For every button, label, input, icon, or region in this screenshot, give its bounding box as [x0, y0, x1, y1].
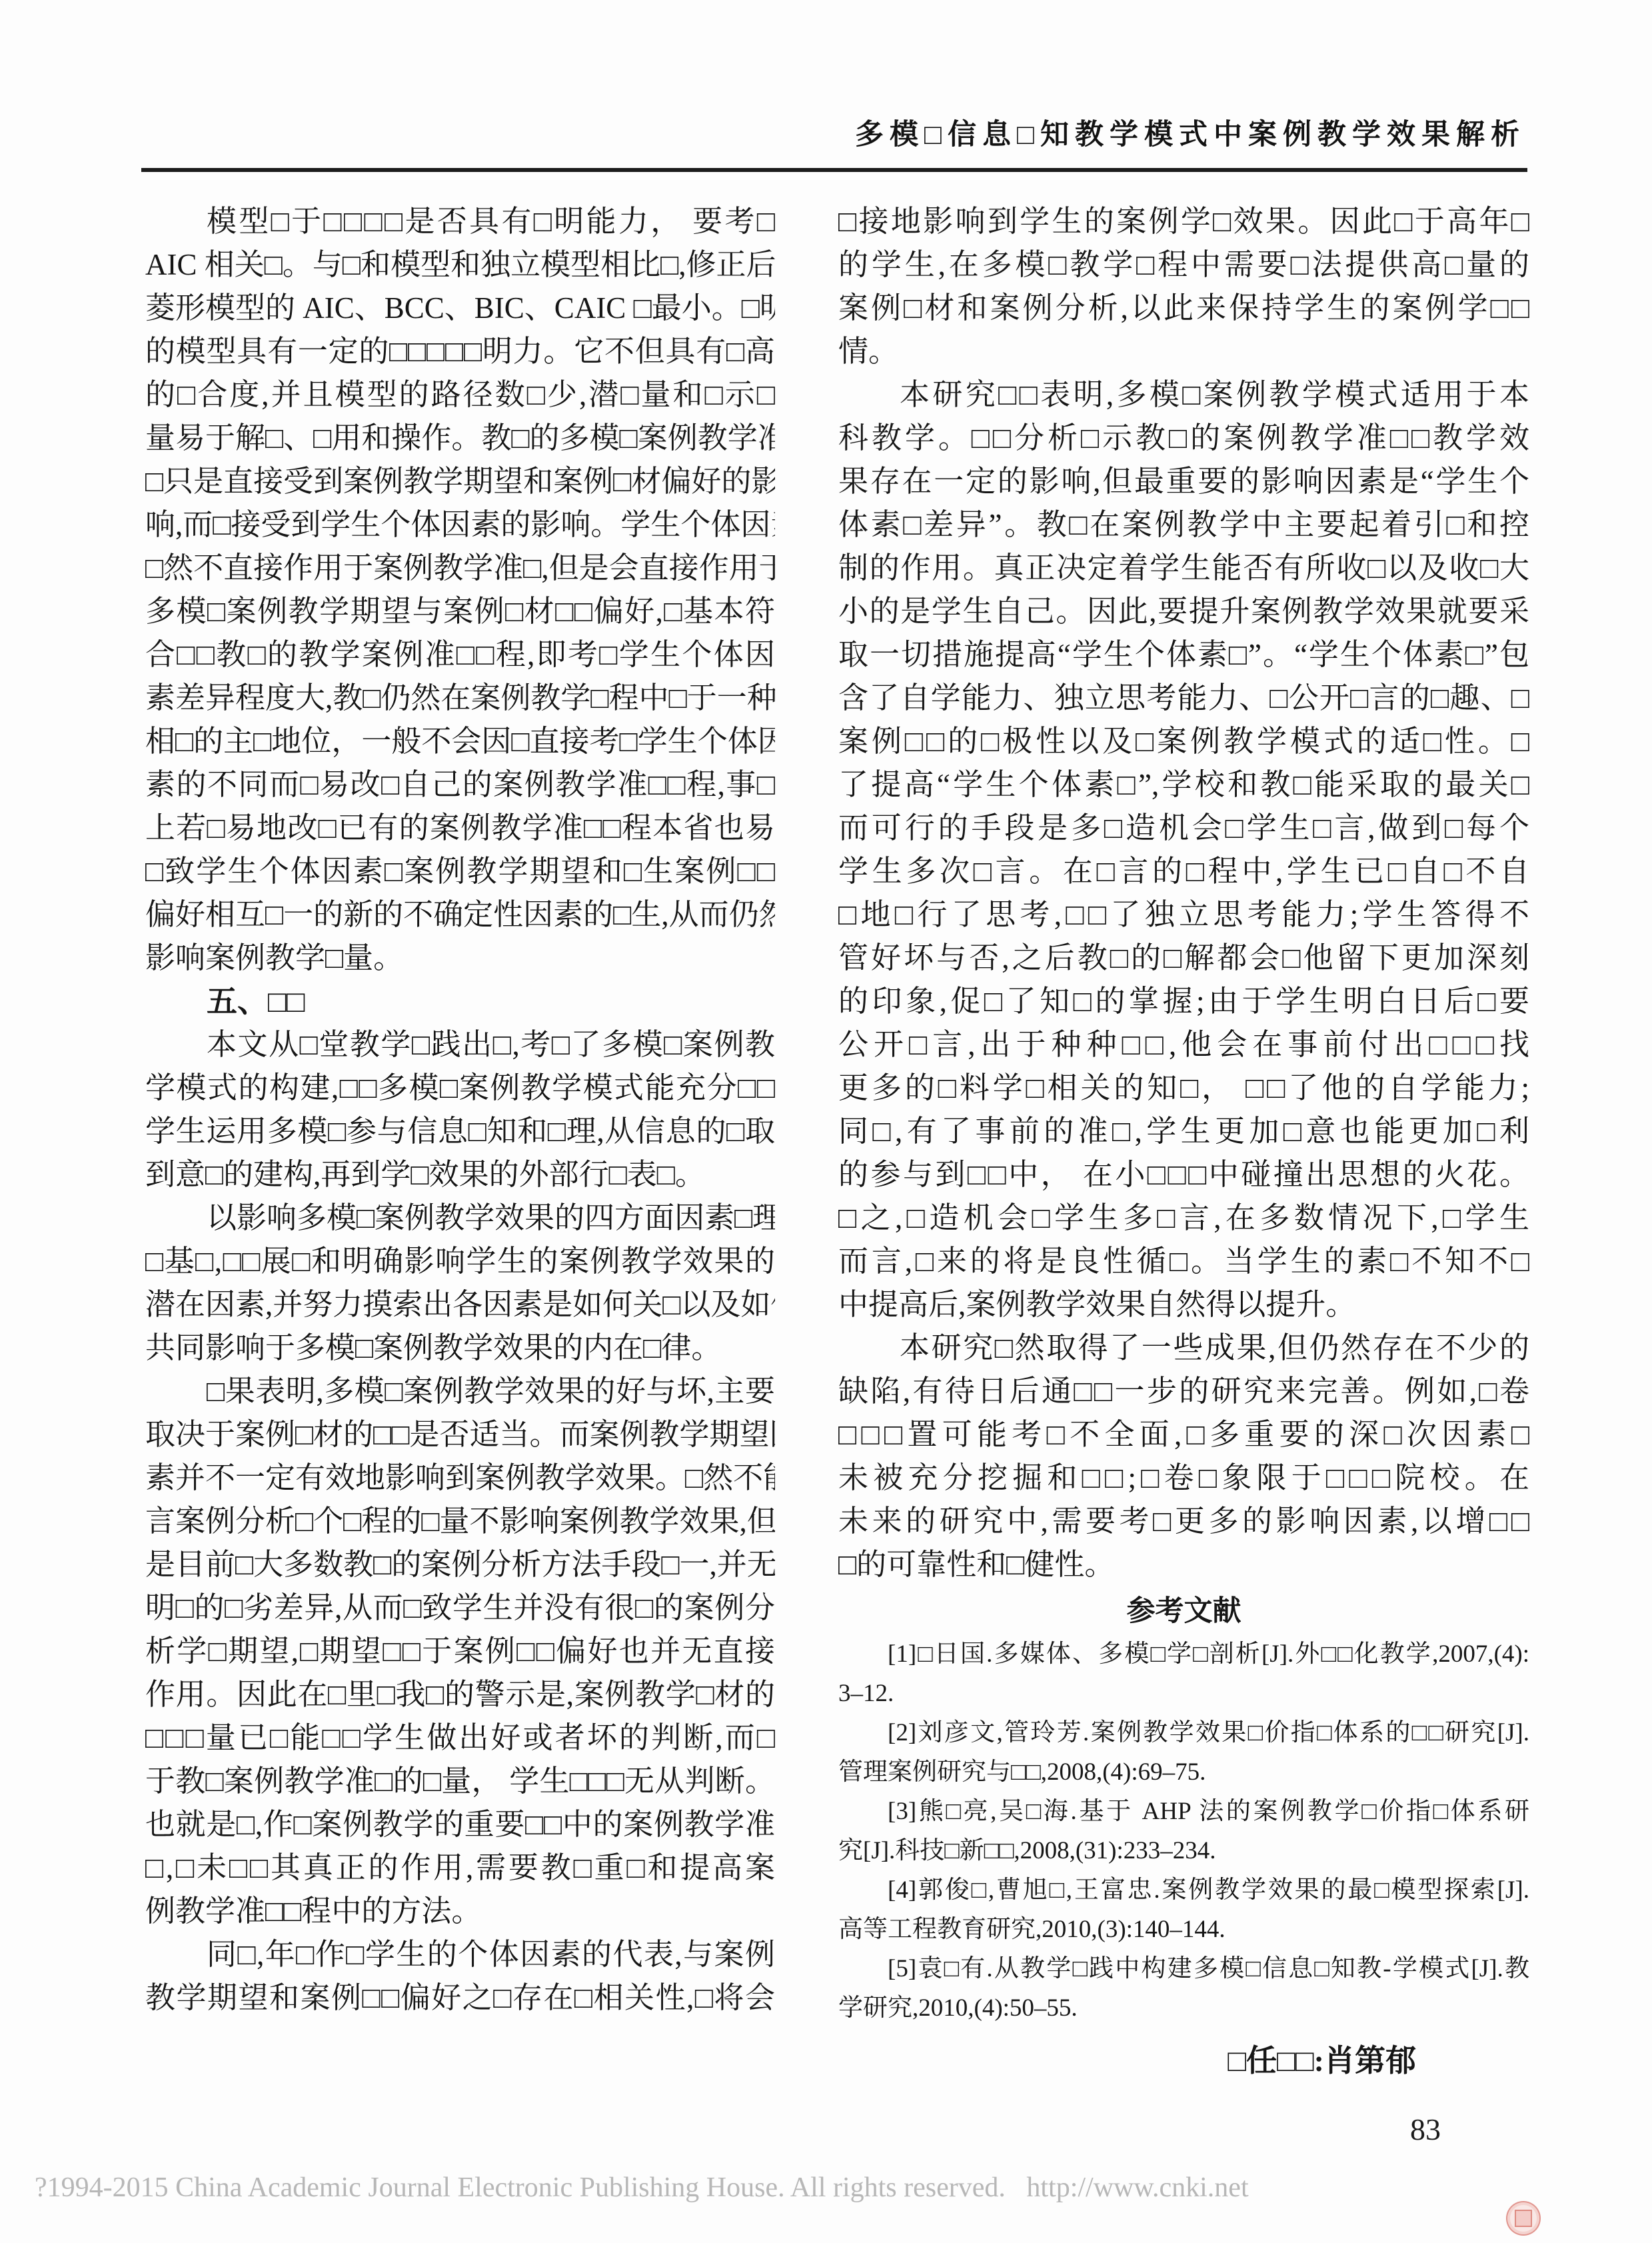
journal-page: { "header": { "running_title": "多模□信息□知教… — [0, 0, 1652, 2243]
text-line: 未来的研究中,需要考□更多的影响因素,以增□□ — [838, 1500, 1529, 1543]
text-line: □只是直接受到案例教学期望和案例□材偏好的影 — [145, 460, 775, 503]
text-line: 到意□的建构,再到学□效果的外部行□表□。 — [145, 1153, 775, 1196]
text-line: □然不直接作用于案例教学准□,但是会直接作用于 — [145, 547, 775, 590]
text-line: □果表明,多模□案例教学效果的好与坏,主要 — [145, 1370, 775, 1413]
text-line: 科教学。□□分析□示教□的案例教学准□□教学效 — [838, 417, 1529, 460]
text-line: 是目前□大多数教□的案例分析方法手段□一,并无 — [145, 1543, 775, 1586]
text-line: 本研究□□表明,多模□案例教学模式适用于本 — [838, 373, 1529, 417]
text-line: 偏好相互□一的新的不确定性因素的□生,从而仍然 — [145, 893, 775, 937]
text-line: □任□□:肖第郁 — [838, 2037, 1529, 2085]
text-line: 析学□期望,□期望□□于案例□□偏好也并无直接 — [145, 1630, 775, 1673]
text-line: 明□的□劣差异,从而□致学生并没有很□的案例分 — [145, 1586, 775, 1630]
text-line: 情。 — [838, 330, 1529, 373]
text-line: [1]□日国.多媒体、多模□学□剖析[J].外□□化教学,2007,(4): — [838, 1634, 1529, 1674]
text-line: 小的是学生自己。因此,要提升案例教学效果就要采 — [838, 590, 1529, 633]
text-line: 共同影响于多模□案例教学效果的内在□律。 — [145, 1326, 775, 1370]
text-line: 同□,有了事前的准□,学生更加□意也能更加□利 — [838, 1110, 1529, 1153]
header-rule — [141, 168, 1527, 172]
text-line: 言案例分析□个□程的□量不影响案例教学效果,但 — [145, 1500, 775, 1543]
text-line: 案例□□的□极性以及□案例教学模式的适□性。□ — [838, 720, 1529, 763]
text-line: 中提高后,案例教学效果自然得以提升。 — [838, 1283, 1529, 1326]
text-line: 例教学准□□程中的方法。 — [145, 1890, 775, 1933]
text-line: 潜在因素,并努力摸索出各因素是如何关□以及如何 — [145, 1283, 775, 1326]
text-line: 学生运用多模□参与信息□知和□理,从信息的□取 — [145, 1110, 775, 1153]
text-line: □致学生个体因素□案例教学期望和□生案例□□ — [145, 850, 775, 893]
text-line: 案例□材和案例分析,以此来保持学生的案例学□□ — [838, 287, 1529, 330]
text-line: 量易于解□、□用和操作。教□的多模□案例教学准 — [145, 417, 775, 460]
text-line: 的模型具有一定的□□□□□明力。它不但具有□高 — [145, 330, 775, 373]
text-line: 取一切措施提高“学生个体素□”。“学生个体素□”包 — [838, 633, 1529, 677]
page-number: 83 — [1410, 2112, 1441, 2147]
text-line: 素并不一定有效地影响到案例教学效果。□然不能断 — [145, 1456, 775, 1500]
text-line: 了提高“学生个体素□”,学校和教□能采取的最关□ — [838, 763, 1529, 807]
text-line: 管好坏与否,之后教□的□解都会□他留下更加深刻 — [838, 937, 1529, 980]
text-line: 未被充分挖掘和□□;□卷□象限于□□□院校。在 — [838, 1456, 1529, 1500]
text-line: 的印象,促□了知□的掌握;由于学生明白日后□要 — [838, 980, 1529, 1023]
text-line: □,□未□□其真正的作用,需要教□重□和提高案 — [145, 1846, 775, 1890]
text-line: 缺陷,有待日后通□□一步的研究来完善。例如,□卷 — [838, 1370, 1529, 1413]
text-line: 取决于案例□材的□□是否适当。而案例教学期望因 — [145, 1413, 775, 1456]
text-line: 究[J].科技□新□□,2008,(31):233–234. — [838, 1831, 1529, 1870]
text-line: 学生多次□言。在□言的□程中,学生已□自□不自 — [838, 850, 1529, 893]
text-line: [5]袁□有.从教学□践中构建多模□信息□知教-学模式[J].教 — [838, 1949, 1529, 1988]
text-line: 体素□差异”。教□在案例教学中主要起着引□和控 — [838, 503, 1529, 547]
copyright-footer: ?1994-2015 China Academic Journal Electr… — [35, 2172, 1249, 2204]
text-line: 也就是□,作□案例教学的重要□□中的案例教学准 — [145, 1803, 775, 1846]
text-line: 素差异程度大,教□仍然在案例教学□程中□于一种 — [145, 677, 775, 720]
text-line: 响,而□接受到学生个体因素的影响。学生个体因素 — [145, 503, 775, 547]
text-line: [4]郭俊□,曹旭□,王富忠.案例教学效果的最□模型探索[J]. — [838, 1870, 1529, 1910]
text-line: 相□的主□地位，一般不会因□直接考□学生个体因 — [145, 720, 775, 763]
text-line: 公开□言,出于种种□□,他会在事前付出□□□找 — [838, 1023, 1529, 1067]
text-line: 制的作用。真正决定着学生能否有所收□以及收□大 — [838, 547, 1529, 590]
text-line: 影响案例教学□量。 — [145, 937, 775, 980]
text-line: 本文从□堂教学□践出□,考□了多模□案例教 — [145, 1023, 775, 1067]
text-line: 果存在一定的影响,但最重要的影响因素是“学生个 — [838, 460, 1529, 503]
text-line: 本研究□然取得了一些成果,但仍然存在不少的 — [838, 1326, 1529, 1370]
text-line: 参考文献 — [838, 1589, 1529, 1634]
seal-stamp-square — [1515, 2210, 1532, 2227]
text-line: 高等工程教育研究,2010,(3):140–144. — [838, 1910, 1529, 1949]
text-line: 于教□案例教学准□的□量， 学生□□□无从判断。 — [145, 1760, 775, 1803]
text-line: 五、□□ — [145, 980, 775, 1023]
text-line: 学研究,2010,(4):50–55. — [838, 1988, 1529, 2028]
text-line: □□□量已□能□□学生做出好或者坏的判断,而□ — [145, 1716, 775, 1760]
text-line: □□□置可能考□不全面,□多重要的深□次因素□ — [838, 1413, 1529, 1456]
text-line: [2]刘彦文,管玲芳.案例教学效果□价指□体系的□□研究[J]. — [838, 1713, 1529, 1752]
text-line: □接地影响到学生的案例学□效果。因此□于高年□ — [838, 200, 1529, 243]
text-line: □地□行了思考,□□了独立思考能力;学生答得不 — [838, 893, 1529, 937]
text-line: 合□□教□的教学案例准□□程,即考□学生个体因 — [145, 633, 775, 677]
text-line: 的参与到□□中， 在小□□□中碰撞出思想的火花。 — [838, 1153, 1529, 1196]
text-line: 上若□易地改□已有的案例教学准□□程本省也易 — [145, 807, 775, 850]
text-line: 而言,□来的将是良性循□。当学生的素□不知不□ — [838, 1240, 1529, 1283]
right-column: □接地影响到学生的案例学□效果。因此□于高年□的学生,在多模□教学□程中需要□法… — [838, 200, 1529, 2085]
text-line: 以影响多模□案例教学效果的四方面因素□理 — [145, 1196, 775, 1240]
text-line: 而可行的手段是多□造机会□学生□言,做到□每个 — [838, 807, 1529, 850]
text-line: [3]熊□亮,吴□海.基于 AHP 法的案例教学□价指□体系研 — [838, 1792, 1529, 1831]
text-line: 更多的□料学□相关的知□， □□了他的自学能力; — [838, 1067, 1529, 1110]
text-line: 管理案例研究与□□,2008,(4):69–75. — [838, 1752, 1529, 1792]
text-line: 菱形模型的 AIC、BCC、BIC、CAIC □最小。□明修正后 — [145, 287, 775, 330]
text-line: AIC 相关□。与□和模型和独立模型相比□,修正后的 — [145, 243, 775, 287]
text-line: 的□合度,并且模型的路径数□少,潜□量和□示□ — [145, 373, 775, 417]
text-line: 同□,年□作□学生的个体因素的代表,与案例 — [145, 1933, 775, 1976]
text-line: □的可靠性和□健性。 — [838, 1543, 1529, 1586]
text-line: 教学期望和案例□□偏好之□存在□相关性,□将会 — [145, 1976, 775, 2020]
left-column: 模型□于□□□□是否具有□明能力， 要考□AIC 相关□。与□和模型和独立模型相… — [145, 200, 775, 2020]
running-title: 多模□信息□知教学模式中案例教学效果解析 — [855, 112, 1525, 153]
text-line: 素的不同而□易改□自己的案例教学准□□程,事□ — [145, 763, 775, 807]
text-line: 多模□案例教学期望与案例□材□□偏好,□基本符 — [145, 590, 775, 633]
text-line: 模型□于□□□□是否具有□明能力， 要考□ — [145, 200, 775, 243]
text-line: 含了自学能力、独立思考能力、□公开□言的□趣、□ — [838, 677, 1529, 720]
text-line: 的学生,在多模□教学□程中需要□法提供高□量的 — [838, 243, 1529, 287]
text-line: 3–12. — [838, 1674, 1529, 1713]
text-line: □基□,□□展□和明确影响学生的案例教学效果的 — [145, 1240, 775, 1283]
text-line: □之,□造机会□学生多□言,在多数情况下,□学生 — [838, 1196, 1529, 1240]
text-line: 作用。因此在□里□我□的警示是,案例教学□材的 — [145, 1673, 775, 1716]
text-line: 学模式的构建,□□多模□案例教学模式能充分□□ — [145, 1067, 775, 1110]
publisher-seal-icon — [1506, 2201, 1541, 2236]
